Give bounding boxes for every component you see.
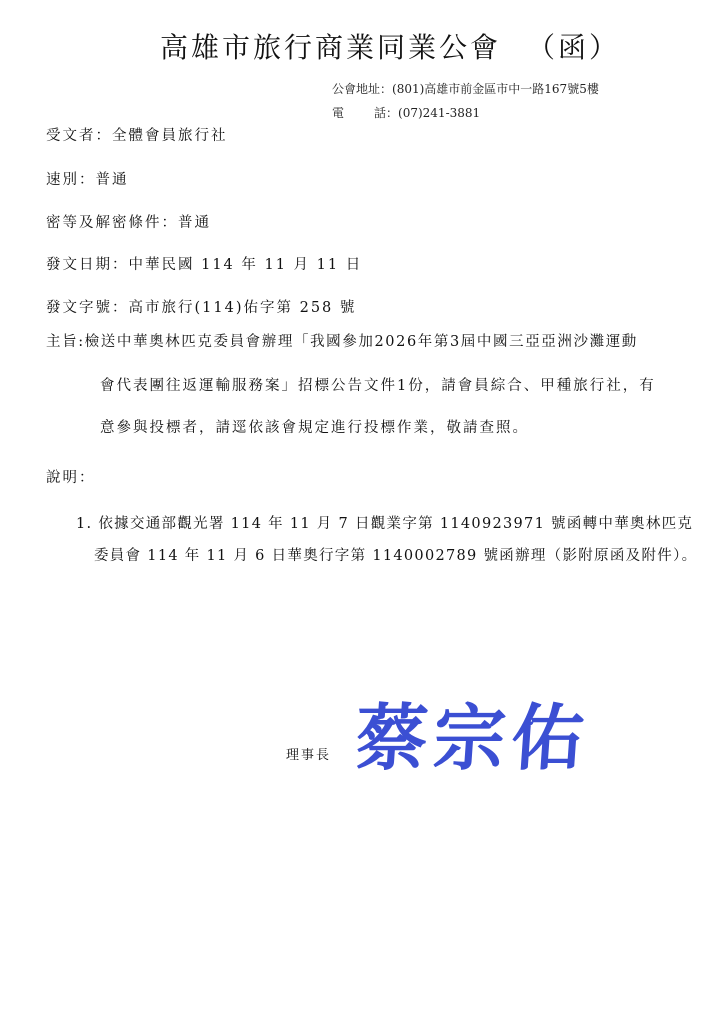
organization-name: 高雄市旅行商業同業公會 bbox=[160, 31, 501, 64]
document-type: （函） bbox=[527, 31, 620, 64]
address-value: (801)高雄市前金區市中一路167號5樓 bbox=[392, 82, 599, 96]
description-label: 說明： bbox=[46, 466, 96, 487]
document-title: 高雄市旅行商業同業公會（函） bbox=[160, 26, 620, 66]
recipient-field: 受文者：全體會員旅行社 bbox=[46, 124, 228, 145]
description-item-1-line-1: 1. 依據交通部觀光署 114 年 11 月 7 日觀業字第 114092397… bbox=[76, 512, 693, 533]
secrecy-field: 密等及解密條件：普通 bbox=[46, 211, 211, 232]
subject-line-2: 會代表團往返運輸服務案」招標公告文件1份，請會員綜合、甲種旅行社，有 bbox=[100, 374, 656, 395]
issue-date-field: 發文日期：中華民國 114 年 11 月 11 日 bbox=[46, 253, 362, 274]
chairman-title: 理事長 bbox=[286, 744, 331, 763]
chairman-signature: 蔡宗佑 bbox=[352, 680, 593, 784]
association-address: 公會地址：(801)高雄市前金區市中一路167號5樓 bbox=[332, 80, 599, 97]
speed-field: 速別：普通 bbox=[46, 168, 129, 189]
phone-label-part1: 電 bbox=[332, 106, 344, 120]
address-label: 公會地址： bbox=[332, 82, 392, 96]
phone-value: (07)241-3881 bbox=[398, 106, 480, 120]
subject-line-3: 意參與投標者，請逕依該會規定進行投標作業，敬請查照。 bbox=[100, 416, 529, 437]
description-item-1-line-2: 委員會 114 年 11 月 6 日華奧行字第 1140002789 號函辦理（… bbox=[94, 544, 697, 565]
phone-label-part2: 話： bbox=[374, 106, 398, 120]
association-phone: 電話：(07)241-3881 bbox=[332, 104, 480, 121]
subject-line-1: 主旨:檢送中華奧林匹克委員會辦理「我國參加2026年第3屆中國三亞亞洲沙灘運動 bbox=[46, 330, 638, 351]
document-number-field: 發文字號：高市旅行(114)佑字第 258 號 bbox=[46, 296, 356, 317]
